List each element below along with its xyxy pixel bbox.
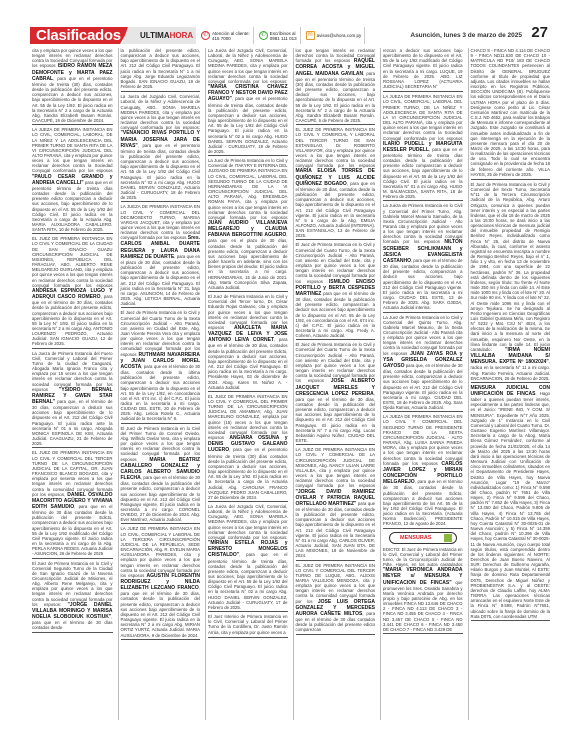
legal-notice: EL JUEZ DE PRIMERA INSTANCIA EN LO CIVIL… [208,394,288,502]
legal-notice: La Jueza de Primera Instancia en lo Civi… [383,203,463,312]
legal-notice: El Juez Interino de Primera Instancia en… [208,614,288,638]
legal-notice: El Juez de Primera Instancia en lo Civil… [121,426,201,525]
legal-notice: La Jueza del Juzgado Civil, Comercial, L… [208,504,288,612]
section-title: Clasificados [30,27,130,44]
legal-notice: EL JUEZ DE PRIMERA INSTANCIA EN LO CIVIL… [296,127,376,240]
legal-notice: cita y emplaza por quince veces a los qu… [32,48,113,125]
legal-notice: El Juez de Primera Instancia en lo Civil… [296,342,376,445]
page-header: Clasificados ULTIMAHORA ✆ Atención al cl… [30,27,570,44]
legal-notice: El Juez de Primera Instancia en lo Civil… [32,561,113,633]
legal-notice: El Juez de Primera Instancia en lo Civil… [296,242,376,340]
legal-notice: rezcan a deducir sus acciones bajo aperc… [383,48,463,92]
legal-notice: los que tengan interés en reclamar derec… [296,48,376,125]
column-3: La Jueza del Juzgado Civil, Comercial, L… [205,48,290,720]
column-1: cita y emplaza por quince veces a los qu… [30,48,115,720]
map-icon [444,534,452,542]
column-4: los que tengan interés en reclamar derec… [293,48,378,720]
legal-notice: El Juez de Primera Instancia en lo Civil… [208,294,288,392]
legal-notice: El Juez de Primera Instancia en lo Civil… [471,182,551,383]
legal-notice: MENSURA JUDICIAL CON UNIFICACIÓN DE FINC… [471,385,551,621]
envelope-icon: ✉ [306,31,315,40]
legal-notice: EL JUEZ DE PRIMERA INSTANCIA EN LO CIVIL… [32,450,113,558]
column-6: CHACO 8 - FINCA ND 4.114 DE CHACO 9 - FI… [468,48,553,720]
legal-notice: LA JUEZA DE PRIMERA INSTANCIA EN LO CIVI… [121,204,201,308]
legal-notice: LA JUEZ DE PRIMERA INSTANCIA EN LO CIVIL… [296,447,376,560]
legal-notice: La Jueza del Juzgado Civil, Comercial, L… [121,94,201,202]
page-number: 27 [531,24,548,41]
notice-parties: JUAN AUDRIO VILLANUEVA MELGAREJO y CLAUD… [208,220,288,238]
contact-phone: ✆ Atención al cliente:415 7000 [201,27,254,44]
legal-notice: LA JUEZ DE PRIMERA INSTANCIA EN LO CIVIL… [121,526,201,639]
contact-whatsapp: ✆ Escríbinos al0981 111 013 [259,27,301,44]
legal-notice: La Jueza de Primera Instancia del Fuero … [32,351,113,449]
legal-notice: La Jueza del Juzgado Civil, Comercial, L… [208,48,288,156]
legal-notice: CHACO 8 - FINCA ND 4.114 DE CHACO 9 - FI… [471,48,551,180]
newspaper-logo: ULTIMAHORA [122,27,196,44]
legal-notice: La Juez de Primera Instancia en lo Civil… [383,315,463,413]
legal-notice: LA JUEZA DE PRIMERA INSTANCIA EN LO CIVI… [383,414,463,528]
classifieds-columns: cita y emplaza por quince veces a los qu… [30,48,552,720]
contact-email: ✉ avisos@uhora.com.py [306,27,366,44]
legal-notice: El Juez de Primera Instancia en lo Civil… [121,310,201,423]
mensuras-section-header: MENSURAS [389,532,457,544]
whatsapp-icon: ✆ [259,31,268,40]
column-2: la publicación del presente edicto, comp… [118,48,203,720]
legal-notice: EL JUEZ DE PRIMERA INSTANCIA EN LO CIVIL… [32,236,113,348]
legal-notice: LA JUEZA DE PRIMERA INSTANCIA EN LO CIVI… [32,127,113,234]
notice-parties: "MARIA VERONICA ANDRADA MEYER s/ MENSURA… [383,567,463,585]
legal-notice: la publicación del presente edicto, comp… [121,48,201,92]
legal-notice: EDICTO: El Juez de Primera Instancia en … [383,547,463,635]
dateline: Asunción, lunes 3 de marzo de 2025 [410,32,522,39]
legal-notice: La Juez de Primera Instancia en lo Civil… [208,158,288,292]
legal-notice: LA JUEZA DE PRIMERA INSTANCIA EN LO CIVI… [383,94,463,201]
column-5: rezcan a deducir sus acciones bajo aperc… [380,48,465,720]
legal-notice: EL JUEZ DE PRIMERA INSTANCIA EN LO CIVIL… [296,563,376,635]
phone-icon: ✆ [201,31,210,40]
